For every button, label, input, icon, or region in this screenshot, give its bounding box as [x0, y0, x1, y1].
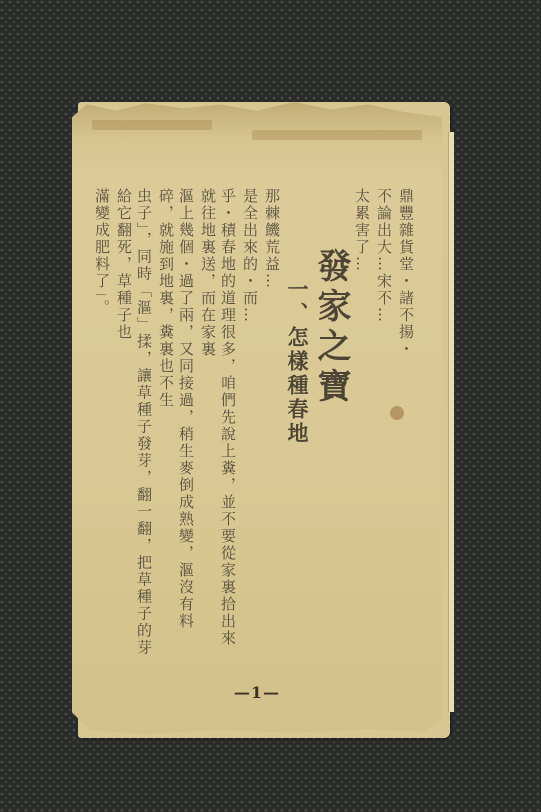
document-page: 鼎豐雜貨堂・諸不揚・ 不論出大…宋不… 太累害了… 發家之寶 一、怎樣種春地 那… [72, 98, 442, 738]
text-column: 那棘饑荒益… [262, 188, 282, 658]
document-title: 發家之寶 [312, 248, 350, 658]
text-column: 是全出來的・而… [240, 188, 260, 658]
vertical-text-body: 鼎豐雜貨堂・諸不揚・ 不論出大…宋不… 太累害了… 發家之寶 一、怎樣種春地 那… [96, 188, 416, 658]
document-page-stack: 鼎豐雜貨堂・諸不揚・ 不論出大…宋不… 太累害了… 發家之寶 一、怎樣種春地 那… [72, 98, 450, 740]
paper-fold [92, 120, 212, 130]
paper-fold [252, 130, 422, 140]
text-column: 虫子」，同時「漚」揉，讓草種子發芽，翻一翻，把草種子的芽給它翻死，草種子也 [114, 188, 154, 658]
text-column: 太累害了… [352, 188, 372, 658]
text-column: 鼎豐雜貨堂・諸不揚・ [396, 188, 416, 658]
text-column: 漚上幾個・過了兩，又同接過，稍生麥倒成熟變，漚沒有料碎，就施到地裏，糞裏也不生 [156, 188, 196, 658]
section-heading: 一、怎樣種春地 [284, 278, 310, 658]
text-column: 不論出大…宋不… [374, 188, 394, 658]
page-number: —1— [72, 683, 442, 702]
page-edge [448, 132, 454, 712]
text-column: 滿變成肥料了」。 [96, 188, 112, 658]
text-column: 乎・積春地的道理很多，咱們先說上糞，並不要從家裏拾出來就往地裏送，而在家裏 [198, 188, 238, 658]
